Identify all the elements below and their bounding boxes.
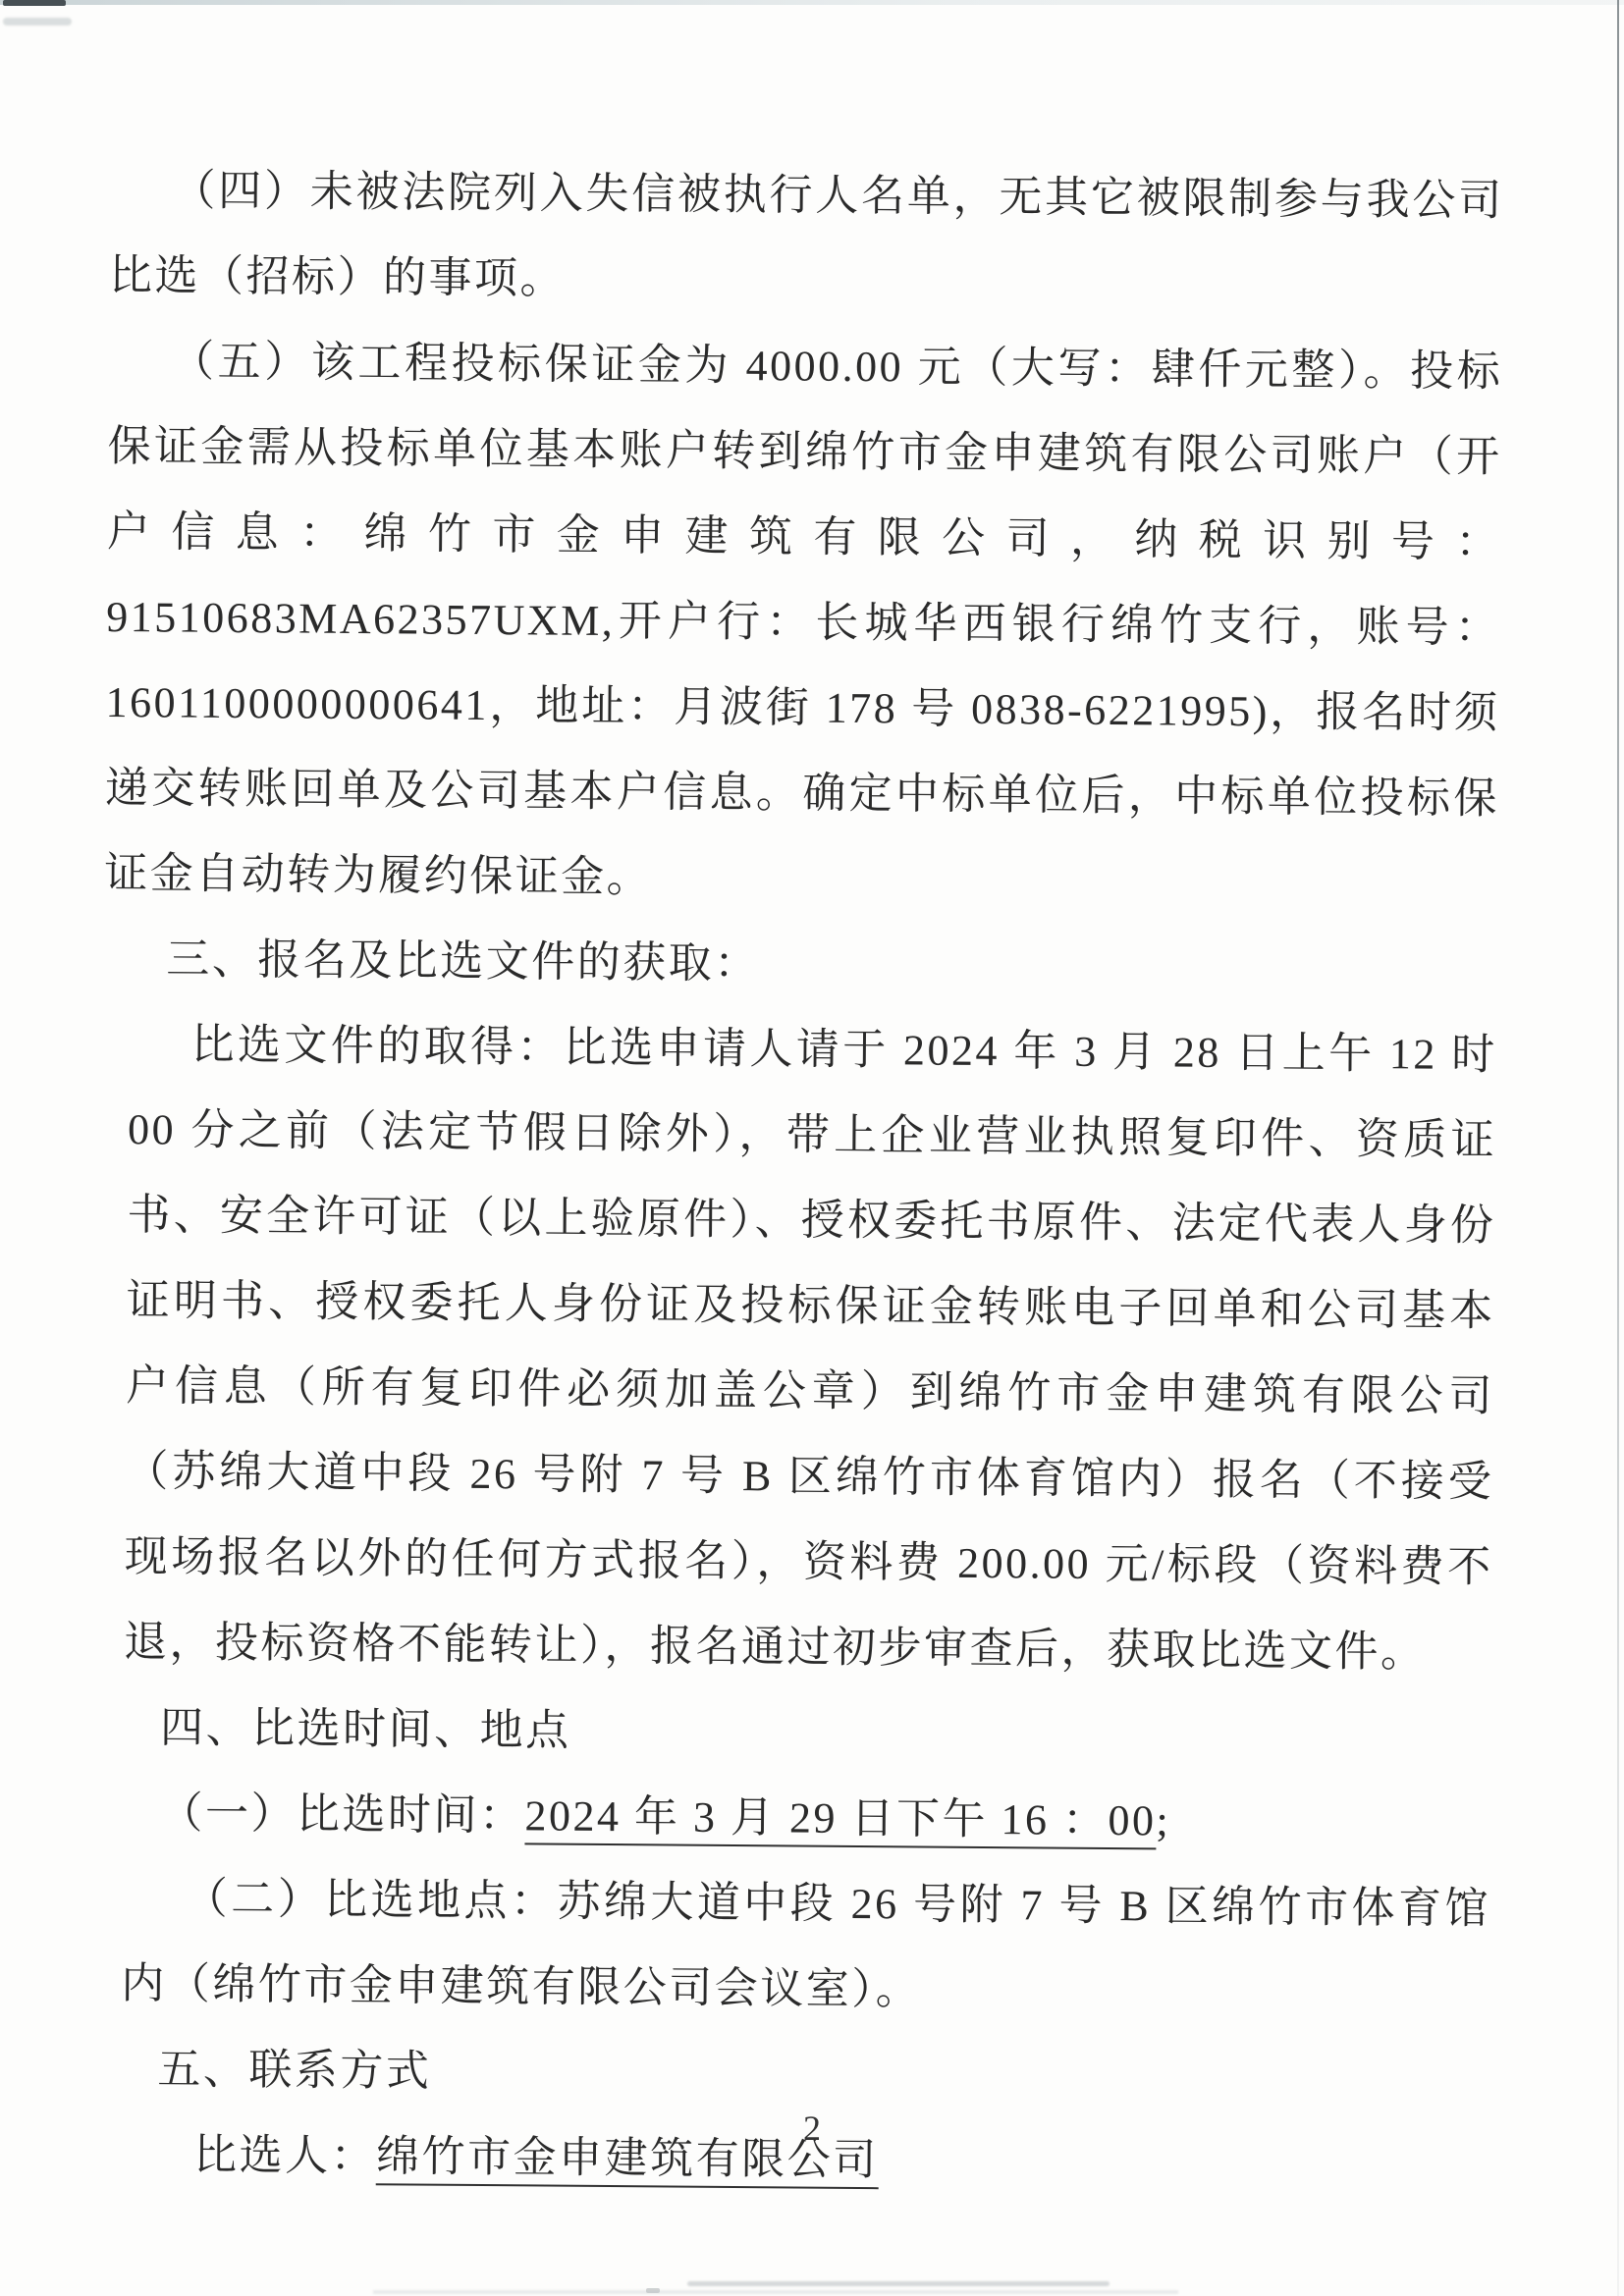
paragraph-selection-place: （二）比选地点：苏绵大道中段 26 号附 7 号 B 区绵竹市体育馆内（绵竹市金… — [95, 1855, 1490, 2037]
scan-artifact-right-edge-line — [1617, 0, 1619, 2296]
paragraph-file-acquisition: 比选文件的取得：比选申请人请于 2024 年 3 月 28 日上午 12 时 0… — [98, 1001, 1497, 1695]
section-heading-3: 三、报名及比选文件的获取： — [103, 916, 1498, 1012]
scan-artifact-top-band — [0, 0, 1624, 5]
scan-artifact-bottom-dot — [646, 2288, 660, 2293]
page-number: 2 — [0, 2107, 1624, 2150]
paragraph-item-4: （四）未被法院列入失信被执行人名单，无其它被限制参与我公司比选（招标）的事项。 — [109, 147, 1504, 329]
document-body: （四）未被法院列入失信被执行人名单，无其它被限制参与我公司比选（招标）的事项。 … — [94, 147, 1504, 2208]
scan-artifact-top-left-smudge — [3, 18, 72, 26]
scan-artifact-top-left-dash — [3, 0, 66, 6]
paragraph-item-5: （五）该工程投标保证金为 4000.00 元（大写：肆仟元整）。投标保证金需从投… — [104, 318, 1503, 927]
scan-artifact-bottom-band — [373, 2290, 1178, 2294]
selection-time-suffix: ; — [1156, 1796, 1170, 1844]
paragraph-selection-time: （一）比选时间：2024 年 3 月 29 日下午 16 ：00; — [96, 1770, 1491, 1866]
section-heading-4: 四、比选时间、地点 — [97, 1684, 1492, 1781]
scan-artifact-bottom-streak — [687, 2281, 1110, 2286]
selection-time-value-underlined: 2024 年 3 月 29 日下午 16 ：00 — [524, 1791, 1156, 1849]
selection-time-label: （一）比选时间： — [159, 1789, 524, 1840]
